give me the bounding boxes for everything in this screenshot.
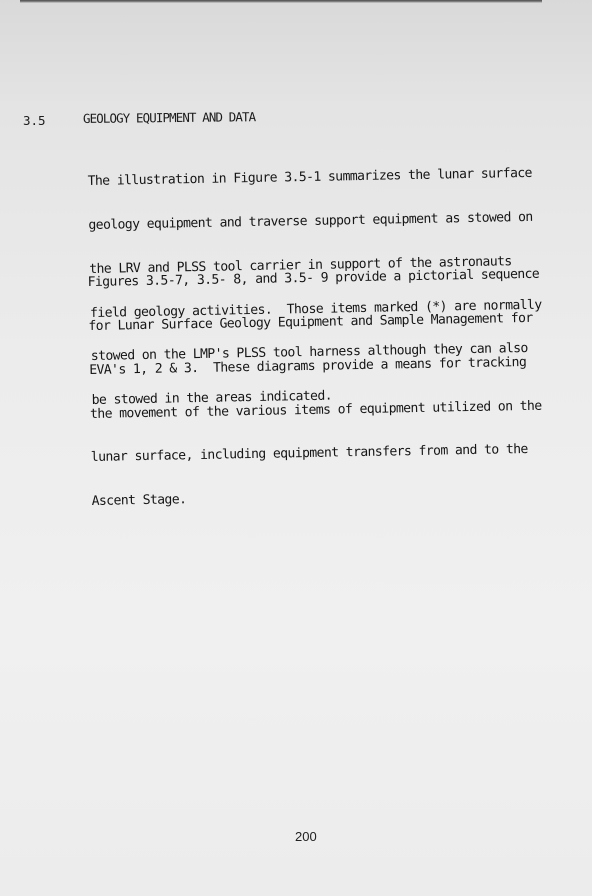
paragraph-line: for Lunar Surface Geology Equipment and … bbox=[88, 312, 540, 335]
paragraph-line: lunar surface, including equipment trans… bbox=[91, 443, 543, 466]
paragraph-line: The illustration in Figure 3.5-1 summari… bbox=[88, 167, 540, 190]
paragraph-line: Figures 3.5-7, 3.5- 8, and 3.5- 9 provid… bbox=[88, 268, 540, 291]
scan-edge-shadow bbox=[20, 0, 542, 3]
paragraph-line: EVA's 1, 2 & 3. These diagrams provide a… bbox=[89, 355, 541, 378]
paragraph-pictorial-sequence: Figures 3.5-7, 3.5- 8, and 3.5- 9 provid… bbox=[87, 239, 544, 539]
section-title: GEOLOGY EQUIPMENT AND DATA bbox=[83, 109, 255, 126]
page-number: 200 bbox=[295, 829, 317, 844]
paragraph-line: geology equipment and traverse support e… bbox=[88, 211, 540, 234]
paragraph-line: the movement of the various items of equ… bbox=[90, 399, 542, 422]
section-number: 3.5 bbox=[23, 113, 46, 128]
paragraph-line: Ascent Stage. bbox=[92, 487, 544, 510]
document-page: 3.5 GEOLOGY EQUIPMENT AND DATA The illus… bbox=[0, 0, 592, 896]
